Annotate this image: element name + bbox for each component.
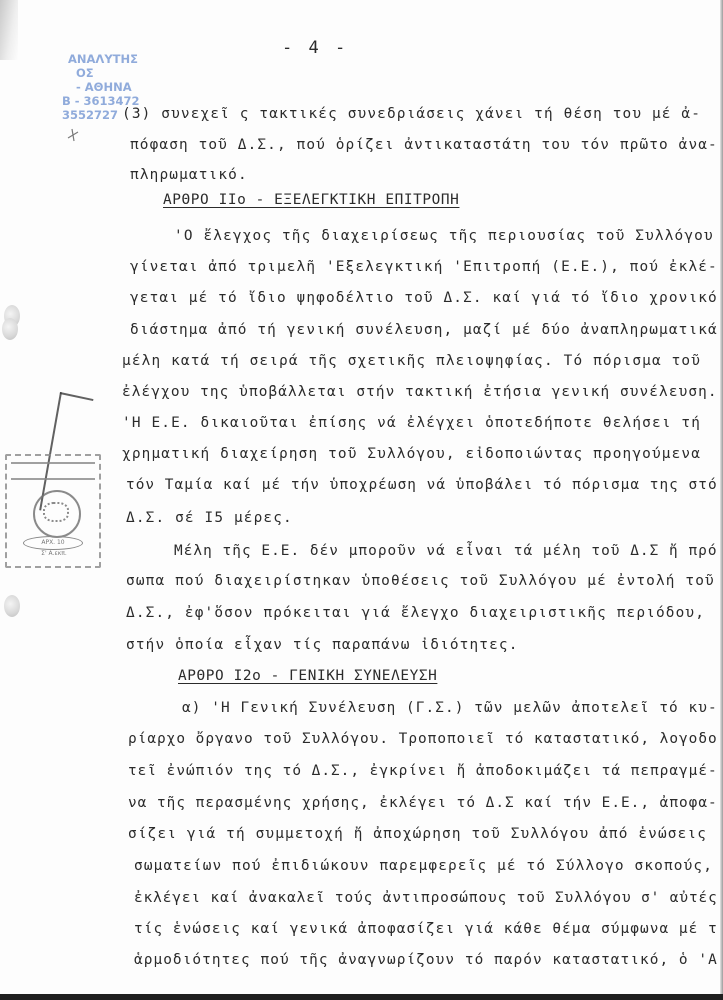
scan-corner-shadow xyxy=(0,0,18,60)
stamp-line: - ΑΘΗΝΑ xyxy=(62,80,152,94)
text-line: να τῆς περασμένης χρήσης, ἐκλέγει τό Δ.Σ… xyxy=(128,795,718,811)
text-line: τίς ἑνώσεις καί γενικά ἀποφασίζει γιά κά… xyxy=(134,921,718,937)
punch-hole-icon xyxy=(4,595,20,617)
pen-stroke xyxy=(60,392,94,401)
article-11-heading: ΑΡΘΡΟ ΙΙο - ΕΞΕΛΕΓΚΤΙΚΗ ΕΠΙΤΡΟΠΗ xyxy=(163,192,459,208)
stamp-line: ΟΣ xyxy=(62,66,152,80)
text-line: ρίαρχο ὄργανο τοῦ Συλλόγου. Τροποποιεῖ τ… xyxy=(128,731,718,747)
text-line: γίνεται ἀπό τριμελῆ 'Εξελεγκτική 'Επιτρο… xyxy=(130,259,718,275)
stamp-sub-label: Σ' Α.εκπ. xyxy=(27,550,81,557)
stamp-line: ΑΝΑΛΥΤΗΣ xyxy=(62,52,152,66)
page-number: - 4 - xyxy=(282,38,348,58)
text-line: α) 'Η Γενική Συνέλευση (Γ.Σ.) τῶν μελῶν … xyxy=(182,700,718,716)
text-line: πληρωματικό. xyxy=(130,167,248,183)
text-line: Δ.Σ., ἐφ'ὅσον πρόκειται γιά ἔλεγχο διαχε… xyxy=(126,605,705,621)
article-12-heading: ΑΡΘΡΟ Ι2ο - ΓΕΝΙΚΗ ΣΥΝΕΛΕΥΣΗ xyxy=(178,668,437,684)
text-line: σωματείων πού ἐπιδιώκουν παρεμφερεῖς μέ … xyxy=(134,858,713,874)
text-line: (3) συνεχεῖ ς τακτικές συνεδριάσεις χάνε… xyxy=(122,106,701,122)
text-line: 'Ο ἔλεγχος τῆς διαχειρίσεως τῆς περιουσί… xyxy=(174,228,714,244)
text-line: ἐλέγχου της ὑποβάλλεται στήν τακτική ἐτή… xyxy=(122,384,718,400)
text-line: διάστημα ἀπό τή γενική συνέλευση, μαζί μ… xyxy=(130,322,718,338)
text-line: τεῖ ἐνώπιόν της τό Δ.Σ., ἐγκρίνει ἤ ἀποδ… xyxy=(128,763,718,779)
text-line: σωπα πού διαχειρίστηκαν ὑποθέσεις τοῦ Συ… xyxy=(126,573,715,589)
text-line: ἁρμοδιότητες πού τῆς ἀναγνωρίζουν τό παρ… xyxy=(134,952,718,968)
text-line: γεται μέ τό ἴδιο ψηφοδέλτιο τοῦ Δ.Σ. καί… xyxy=(130,290,718,306)
pen-cross-mark-icon xyxy=(66,128,80,142)
text-line: ἐκλέγει καί ἀνακαλεῖ τούς ἀντιπροσώπους … xyxy=(134,890,718,906)
text-line: Δ.Σ. σέ Ι5 μέρες. xyxy=(126,510,293,526)
text-line: σίζει γιά τή συμμετοχή ἤ ἀποχώρηση τοῦ Σ… xyxy=(128,826,707,842)
text-line: χρηματική διαχείρηση τοῦ Συλλόγου, εἰδοπ… xyxy=(122,446,701,462)
stamp-band xyxy=(11,462,95,480)
document-page: - 4 - ΑΝΑΛΥΤΗΣ ΟΣ - ΑΘΗΝΑ B - 3613472 35… xyxy=(0,0,723,1000)
association-seal-stamp: ΑΡΧ. 10 Σ' Α.εκπ. xyxy=(5,454,101,568)
text-line: 'Η Ε.Ε. δικαιοῦται ἐπίσης νά ἐλέγχει ὁπο… xyxy=(122,415,701,431)
text-line: Μέλη τῆς Ε.Ε. δέν μποροῦν νά εἶναι τά μέ… xyxy=(174,543,718,559)
stamp-oval-label: ΑΡΧ. 10 xyxy=(23,536,83,550)
globe-icon xyxy=(33,490,81,538)
text-line: τόν Ταμία καί μέ τήν ὑποχρέωση νά ὑποβάλ… xyxy=(126,477,718,493)
scan-bottom-edge xyxy=(0,994,723,1000)
text-line: μέλη κατά τή σειρά τῆς σχετικῆς πλειοψηφ… xyxy=(122,353,701,369)
text-line: στήν ὁποία εἶχαν τίς παραπάνω ἰδιότητες. xyxy=(126,637,519,653)
text-line: πόφαση τοῦ Δ.Σ., πού ὁρίζει ἀντικαταστάτ… xyxy=(130,137,718,153)
punch-hole-icon xyxy=(2,318,18,340)
